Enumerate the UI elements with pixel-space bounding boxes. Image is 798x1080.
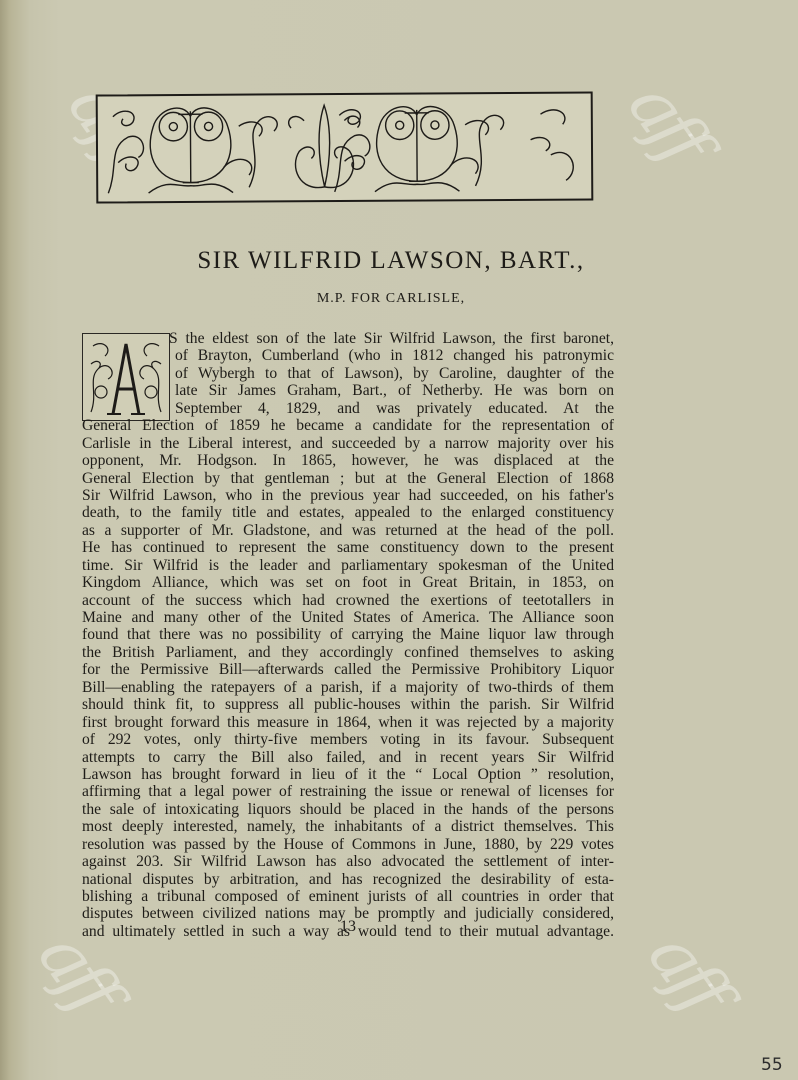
text-line: Bill—enabling the ratepayers of a parish… — [82, 679, 614, 696]
text-line: first brought forward this measure in 18… — [82, 714, 614, 731]
text-line: Sir Wilfrid Lawson, who in the previous … — [82, 487, 614, 504]
text-line: September 4, 1829, and was privately edu… — [82, 400, 614, 417]
page-title: SIR WILFRID LAWSON, BART., — [0, 247, 790, 275]
text-line: General Election by that gentleman ; but… — [82, 470, 614, 487]
text-line: Lawson has brought forward in lieu of it… — [82, 766, 614, 783]
text-line: blishing a tribunal composed of eminent … — [82, 888, 614, 905]
text-line: the sale of intoxicating liquors should … — [82, 801, 614, 818]
text-line: Carlisle in the Liberal interest, and su… — [82, 435, 614, 452]
scan-plate-number: 55 — [761, 1055, 783, 1075]
text-line: Kingdom Alliance, which was set on foot … — [82, 574, 614, 591]
text-line: account of the success which had crowned… — [82, 592, 614, 609]
text-line: attempts to carry the Bill also failed, … — [82, 749, 614, 766]
text-line: national disputes by arbitration, and ha… — [82, 871, 614, 888]
text-line: opponent, Mr. Hodgson. In 1865, however,… — [82, 452, 614, 469]
text-line: as a supporter of Mr. Gladstone, and was… — [82, 522, 614, 539]
text-line: late Sir James Graham, Bart., of Netherb… — [82, 382, 614, 399]
watermark-top-right: aff — [613, 67, 724, 176]
text-line: of 292 votes, only thirty-five members v… — [82, 731, 614, 748]
text-line: should think fit, to suppress all public… — [82, 696, 614, 713]
text-line: most deeply interested, namely, the inha… — [82, 818, 614, 835]
page-number: 13 — [340, 918, 356, 936]
page-subtitle: M.P. FOR CARLISLE, — [0, 291, 790, 307]
text-line: He has continued to represent the same c… — [82, 539, 614, 556]
article-body: S the eldest son of the late Sir Wilfrid… — [82, 330, 614, 940]
text-line: the British Parliament, and they accordi… — [82, 644, 614, 661]
text-line: against 203. Sir Wilfrid Lawson has also… — [82, 853, 614, 870]
text-line: time. Sir Wilfrid is the leader and parl… — [82, 557, 614, 574]
text-line: S the eldest son of the late Sir Wilfrid… — [82, 330, 614, 347]
text-line: for the Permissive Bill—afterwards calle… — [82, 661, 614, 678]
book-page: aff aff aff aff — [0, 0, 798, 1080]
text-line: General Election of 1859 he became a can… — [82, 417, 614, 434]
text-line: death, to the family title and estates, … — [82, 504, 614, 521]
text-line: resolution was passed by the House of Co… — [82, 836, 614, 853]
watermark-bottom-right: aff — [633, 917, 744, 1026]
text-line: of Wybergh to that of Lawson), by Caroli… — [82, 365, 614, 382]
text-line: affirming that a legal power of restrain… — [82, 783, 614, 800]
text-line: Maine and many other of the United State… — [82, 609, 614, 626]
text-line: found that there was no possibility of c… — [82, 626, 614, 643]
ornamental-headpiece-icon — [96, 91, 594, 203]
text-line: of Brayton, Cumberland (who in 1812 chan… — [82, 347, 614, 364]
